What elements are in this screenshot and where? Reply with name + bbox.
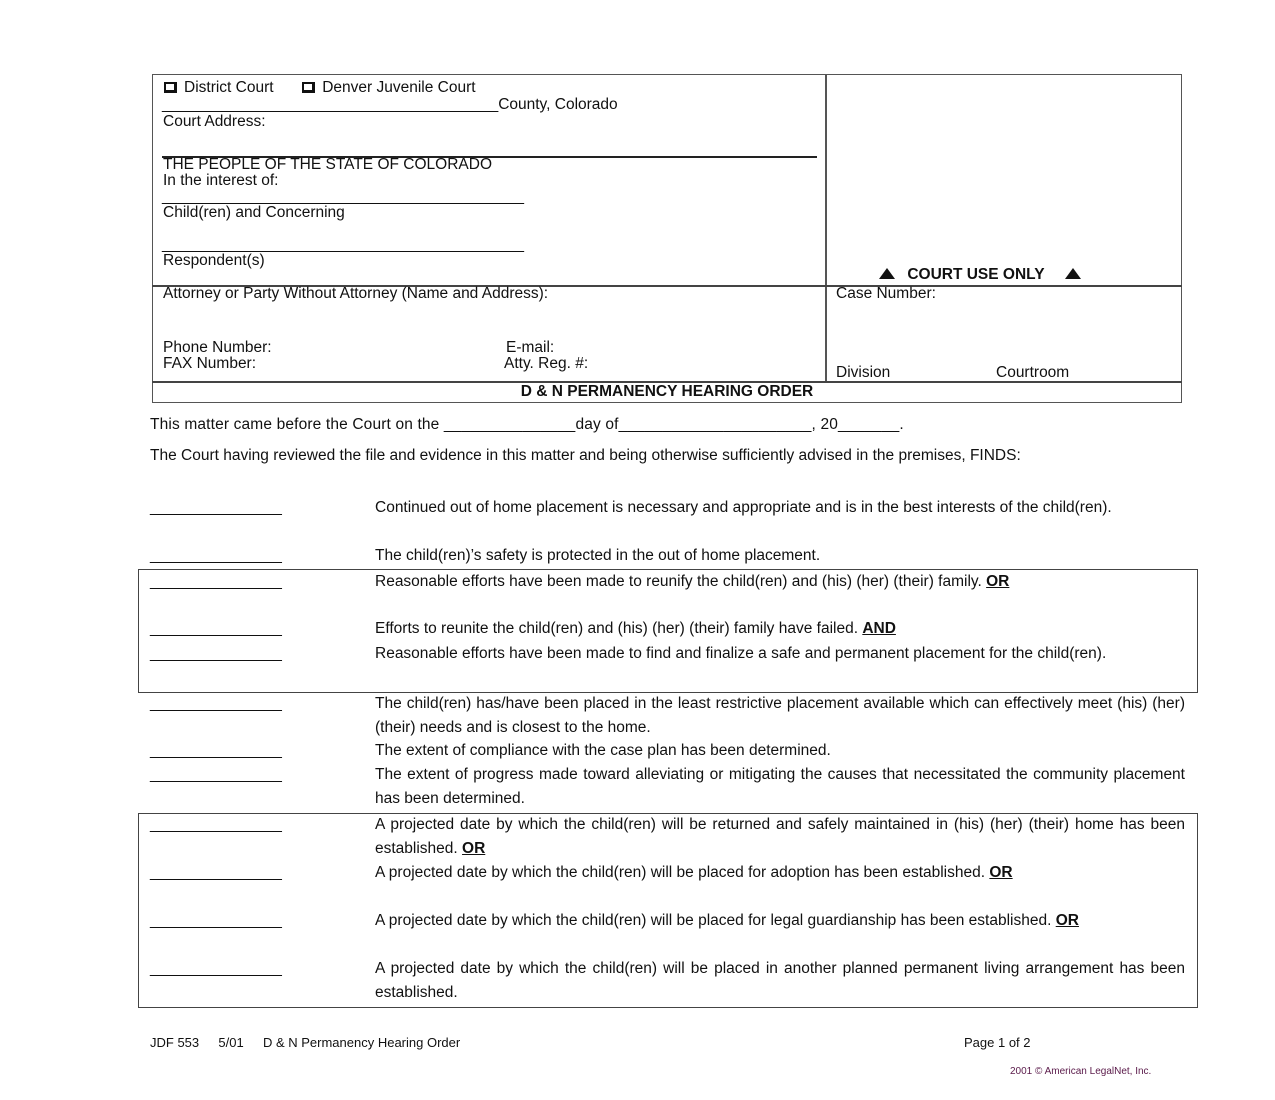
form-id: JDF 553 — [150, 1035, 199, 1050]
finding-initial-blank[interactable]: ________________ — [150, 617, 282, 641]
finding-text: A projected date by which the child(ren)… — [375, 813, 1185, 861]
finding-statement: A projected date by which the child(ren)… — [375, 960, 1185, 1001]
form-title: D & N PERMANENCY HEARING ORDER — [152, 383, 1182, 401]
finding-text: Reasonable efforts have been made to reu… — [375, 570, 1185, 594]
atty-reg-label: Atty. Reg. #: — [504, 355, 588, 373]
finding-text: Continued out of home placement is neces… — [375, 496, 1185, 520]
finding-statement: Reasonable efforts have been made to reu… — [375, 573, 982, 590]
finding-initial-blank[interactable]: ________________ — [150, 570, 282, 594]
checkbox-icon — [164, 82, 177, 93]
finding-text: The extent of progress made toward allev… — [375, 763, 1185, 811]
district-court-label: District Court — [184, 79, 274, 96]
finding-initial-blank[interactable]: ________________ — [150, 813, 282, 837]
matter-line: This matter came before the Court on the… — [150, 416, 904, 434]
finding-statement: A projected date by which the child(ren)… — [375, 912, 1051, 929]
finding-statement: The child(ren) has/have been placed in t… — [375, 695, 1185, 736]
court-type-options: District Court Denver Juvenile Court — [164, 79, 476, 97]
finding-text: A projected date by which the child(ren)… — [375, 909, 1185, 933]
footer-form-info: JDF 553 5/01 D & N Permanency Hearing Or… — [150, 1035, 460, 1050]
attorney-label: Attorney or Party Without Attorney (Name… — [163, 285, 548, 303]
triangle-up-icon — [879, 268, 895, 279]
finding-text: The extent of compliance with the case p… — [375, 739, 1185, 763]
finding-initial-blank[interactable]: ________________ — [150, 909, 282, 933]
findings-intro: The Court having reviewed the file and e… — [150, 448, 1185, 464]
finding-initial-blank[interactable]: ________________ — [150, 544, 282, 568]
county-line: _______________________________________C… — [162, 96, 618, 114]
courtroom-label: Courtroom — [996, 364, 1069, 382]
fax-label: FAX Number: — [163, 355, 256, 373]
finding-text: Reasonable efforts have been made to fin… — [375, 642, 1185, 666]
finding-text: A projected date by which the child(ren)… — [375, 861, 1185, 885]
respondent-label: Respondent(s) — [163, 252, 265, 270]
finding-text: Efforts to reunite the child(ren) and (h… — [375, 617, 1185, 641]
finding-conjunction: OR — [462, 840, 485, 857]
form-name: D & N Permanency Hearing Order — [263, 1035, 460, 1050]
finding-initial-blank[interactable]: ________________ — [150, 763, 282, 787]
finding-statement: Continued out of home placement is neces… — [375, 499, 1112, 516]
finding-statement: The extent of progress made toward allev… — [375, 766, 1185, 807]
finding-conjunction: AND — [862, 620, 896, 637]
checkbox-icon — [302, 82, 315, 93]
finding-initial-blank[interactable]: ________________ — [150, 642, 282, 666]
court-use-only: COURT USE ONLY — [879, 266, 1081, 284]
finding-statement: Reasonable efforts have been made to fin… — [375, 645, 1106, 662]
finding-statement: The child(ren)’s safety is protected in … — [375, 547, 820, 564]
case-number-label: Case Number: — [836, 285, 936, 303]
finding-text: The child(ren)’s safety is protected in … — [375, 544, 1185, 568]
page-number: Page 1 of 2 — [964, 1035, 1031, 1050]
court-use-only-label: COURT USE ONLY — [907, 266, 1044, 283]
child-label: Child(ren) and Concerning — [163, 204, 345, 222]
triangle-up-icon — [1065, 268, 1081, 279]
denver-juvenile-court-label: Denver Juvenile Court — [322, 79, 475, 96]
finding-text: A projected date by which the child(ren)… — [375, 957, 1185, 1005]
finding-statement: The extent of compliance with the case p… — [375, 742, 831, 759]
division-label: Division — [836, 364, 890, 382]
finding-text: The child(ren) has/have been placed in t… — [375, 692, 1185, 740]
finding-initial-blank[interactable]: ________________ — [150, 692, 282, 716]
finding-statement: A projected date by which the child(ren)… — [375, 864, 985, 881]
finding-initial-blank[interactable]: ________________ — [150, 739, 282, 763]
caption-divider-vertical — [825, 74, 827, 382]
finding-statement: Efforts to reunite the child(ren) and (h… — [375, 620, 858, 637]
form-revision: 5/01 — [218, 1035, 243, 1050]
district-court-checkbox[interactable]: District Court — [164, 79, 274, 96]
copyright: 2001 © American LegalNet, Inc. — [1010, 1066, 1151, 1077]
finding-conjunction: OR — [1056, 912, 1079, 929]
finding-initial-blank[interactable]: ________________ — [150, 957, 282, 981]
finding-conjunction: OR — [986, 573, 1009, 590]
denver-juvenile-court-checkbox[interactable]: Denver Juvenile Court — [302, 79, 475, 96]
court-address-label: Court Address: — [163, 113, 266, 131]
finding-initial-blank[interactable]: ________________ — [150, 496, 282, 520]
finding-initial-blank[interactable]: ________________ — [150, 861, 282, 885]
finding-statement: A projected date by which the child(ren)… — [375, 816, 1185, 857]
finding-conjunction: OR — [989, 864, 1012, 881]
